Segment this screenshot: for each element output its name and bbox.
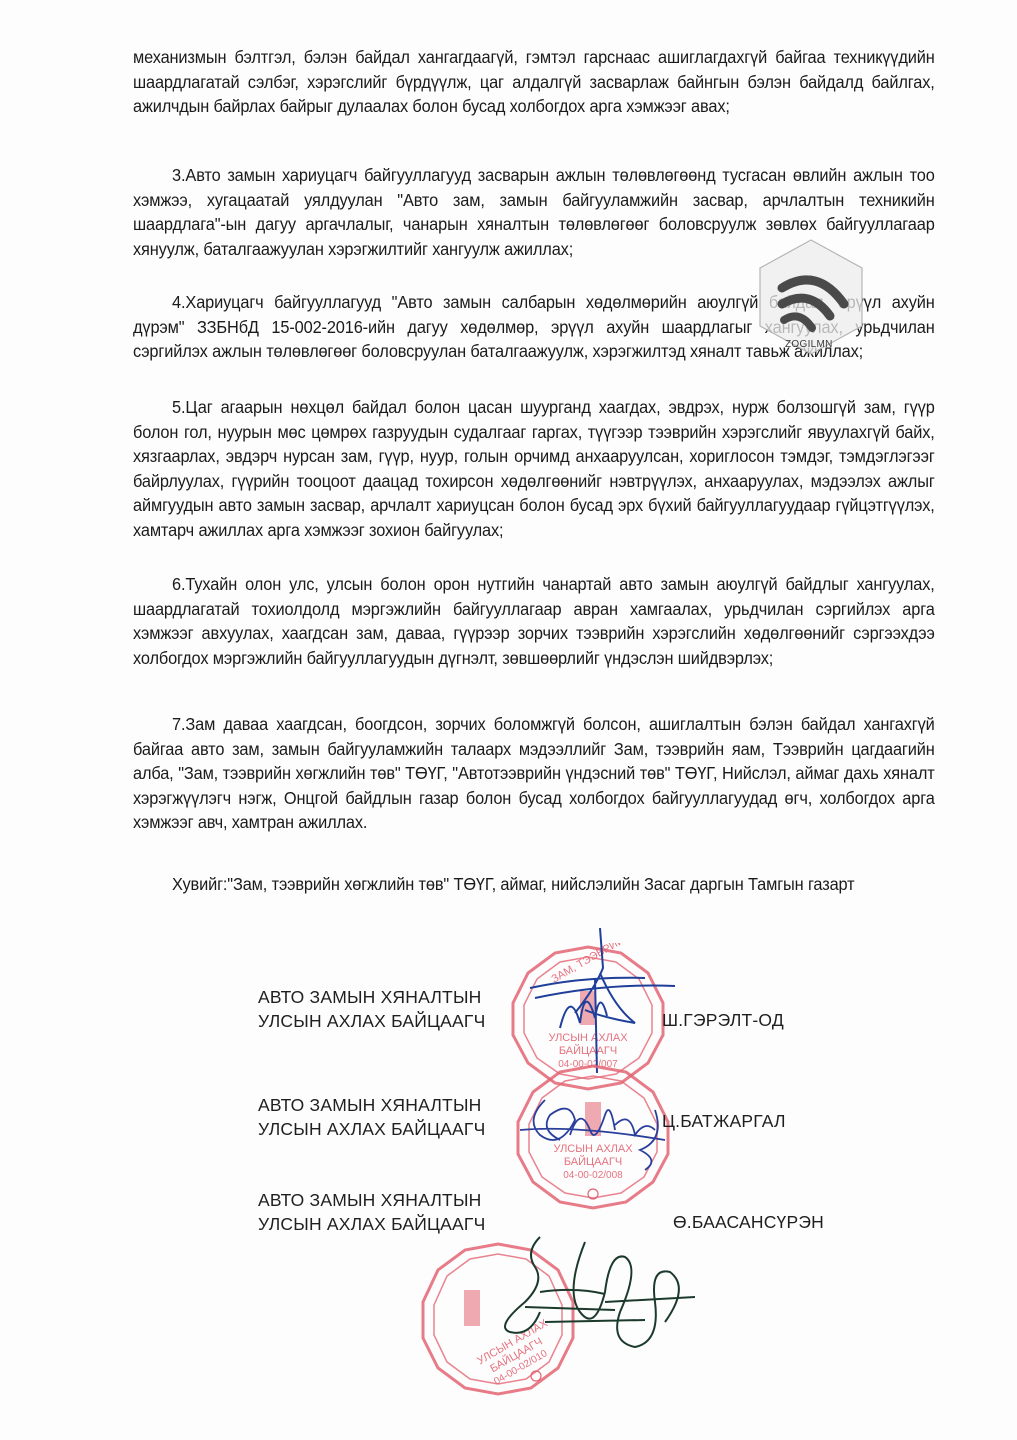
paragraph-continuation: механизмын бэлтгэл, бэлэн байдал хангагд… bbox=[133, 45, 935, 119]
paragraph-item-7: 7.Зам даваа хаагдсан, боогдсон, зорчих б… bbox=[133, 712, 935, 835]
svg-text:БАЙЦААГЧ: БАЙЦААГЧ bbox=[488, 1335, 545, 1375]
signature-1-icon bbox=[525, 928, 675, 1078]
signatory-3-name: Ө.БААСАНСҮРЭН bbox=[673, 1212, 824, 1233]
paragraph-text: механизмын бэлтгэл, бэлэн байдал хангагд… bbox=[133, 45, 935, 119]
paragraph-item-5: 5.Цаг агаарын нөхцөл байдал болон цасан … bbox=[133, 395, 935, 543]
signatory-title-line: УЛСЫН АХЛАХ БАЙЦААГЧ bbox=[258, 1117, 485, 1141]
signatory-title-line: АВТО ЗАМЫН ХЯНАЛТЫН bbox=[258, 1093, 485, 1117]
paragraph-item-6: 6.Тухайн олон улс, улсын болон орон нутг… bbox=[133, 572, 935, 670]
official-stamp-icon: УЛСЫН АХЛАХ БАЙЦААГЧ 04-00-02/010 bbox=[418, 1240, 578, 1400]
svg-text:ЗАМ, ТЭЭВРИЙН ЯАМ: ЗАМ, ТЭЭВРИЙН ЯАМ bbox=[549, 943, 657, 986]
svg-text:04-00-02/010: 04-00-02/010 bbox=[492, 1348, 549, 1387]
watermark-label: ZOGILMN bbox=[785, 339, 833, 350]
copy-to-note: Хувийг:"Зам, тээврийн хөгжлийн төв" ТӨҮГ… bbox=[133, 872, 935, 897]
paragraph-text: Хувийг:"Зам, тээврийн хөгжлийн төв" ТӨҮГ… bbox=[133, 872, 935, 897]
paragraph-text: 7.Зам даваа хаагдсан, боогдсон, зорчих б… bbox=[133, 712, 935, 835]
signatory-1-name: Ш.ГЭРЭЛТ-ОД bbox=[662, 1010, 784, 1031]
svg-text:УЛСЫН АХЛАХ: УЛСЫН АХЛАХ bbox=[553, 1143, 633, 1155]
signatory-2-title: АВТО ЗАМЫН ХЯНАЛТЫН УЛСЫН АХЛАХ БАЙЦААГЧ bbox=[258, 1093, 485, 1141]
signatory-3-title: АВТО ЗАМЫН ХЯНАЛТЫН УЛСЫН АХЛАХ БАЙЦААГЧ bbox=[258, 1188, 485, 1236]
signatory-2-name: Ц.БАТЖАРГАЛ bbox=[662, 1111, 786, 1132]
svg-text:УЛСЫН АХЛАХ: УЛСЫН АХЛАХ bbox=[475, 1317, 550, 1367]
paragraph-text: 5.Цаг агаарын нөхцөл байдал болон цасан … bbox=[133, 395, 935, 543]
svg-text:04-00-02/007: 04-00-02/007 bbox=[558, 1059, 618, 1070]
signatory-1-title: АВТО ЗАМЫН ХЯНАЛТЫН УЛСЫН АХЛАХ БАЙЦААГЧ bbox=[258, 985, 485, 1033]
official-stamp-icon: УЛСЫН АХЛАХ БАЙЦААГЧ 04-00-02/007 ЗАМ, Т… bbox=[508, 943, 668, 1093]
signature-2-icon bbox=[515, 1080, 675, 1200]
svg-text:БАЙЦААГЧ: БАЙЦААГЧ bbox=[559, 1044, 617, 1057]
signatory-title-line: УЛСЫН АХЛАХ БАЙЦААГЧ bbox=[258, 1212, 485, 1236]
signatory-title-line: УЛСЫН АХЛАХ БАЙЦААГЧ bbox=[258, 1009, 485, 1033]
paragraph-text: 6.Тухайн олон улс, улсын болон орон нутг… bbox=[133, 572, 935, 670]
signatory-title-line: АВТО ЗАМЫН ХЯНАЛТЫН bbox=[258, 1188, 485, 1212]
svg-text:БАЙЦААГЧ: БАЙЦААГЧ bbox=[564, 1155, 622, 1168]
document-page: механизмын бэлтгэл, бэлэн байдал хангагд… bbox=[0, 0, 1017, 1440]
signature-3-icon bbox=[485, 1232, 695, 1372]
svg-text:04-00-02/008: 04-00-02/008 bbox=[563, 1170, 623, 1181]
svg-text:УЛСЫН АХЛАХ: УЛСЫН АХЛАХ bbox=[548, 1032, 628, 1044]
signatory-title-line: АВТО ЗАМЫН ХЯНАЛТЫН bbox=[258, 985, 485, 1009]
official-stamp-icon: УЛСЫН АХЛАХ БАЙЦААГЧ 04-00-02/008 bbox=[513, 1062, 673, 1212]
